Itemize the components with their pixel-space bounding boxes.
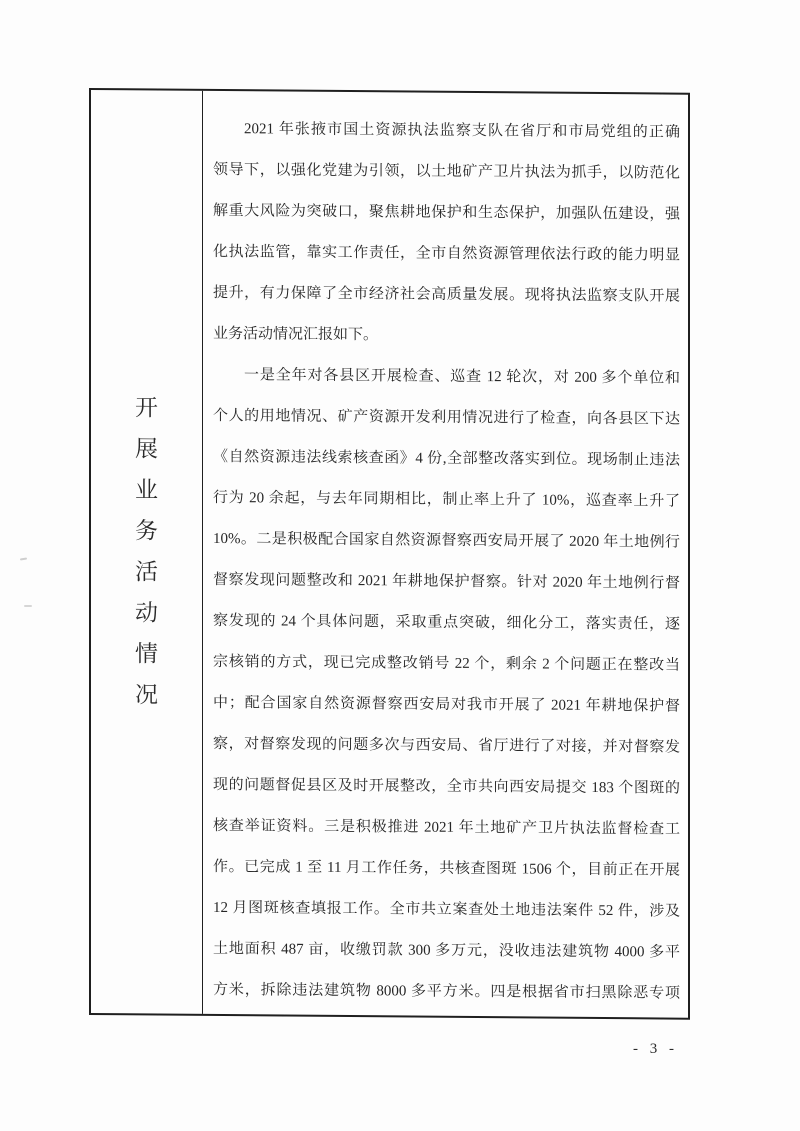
report-table: 开展业务活动情况 2021 年张掖市国土资源执法监察支队在省厅和市局党组的正确领… xyxy=(89,88,690,1020)
text-line: 一是全年对各县区开展检查、巡查 12 轮次，对 200 多个单位和 xyxy=(213,355,680,400)
text-line: 土地面积 487 亩，收缴罚款 300 多万元，没收违法建筑物 4000 多平 xyxy=(213,929,680,974)
scan-artifact xyxy=(20,558,27,561)
row-label-char: 况 xyxy=(135,683,158,707)
text-line: 12 月图斑核查填报工作。全市共立案查处土地违法案件 52 件，涉及 xyxy=(213,888,680,933)
row-label-char: 动 xyxy=(135,601,158,625)
text-line: 督察发现问题整改和 2021 年耕地保护督察。针对 2020 年土地例行督 xyxy=(213,560,680,605)
report-content-cell: 2021 年张掖市国土资源执法监察支队在省厅和市局党组的正确领导下，以强化党建为… xyxy=(203,91,688,1018)
text-line: 方米，拆除违法建筑物 8000 多平方米。四是根据省市扫黑除恶专项 xyxy=(213,970,680,1015)
row-label: 开展业务活动情况 xyxy=(135,396,158,707)
text-line: 现的问题督促县区及时开展整改，全市共向西安局提交 183 个图斑的 xyxy=(213,765,680,810)
row-label-char: 活 xyxy=(135,560,158,584)
page-number: - 3 - xyxy=(633,1041,678,1058)
text-line: 察，对督察发现的问题多次与西安局、省厅进行了对接，并对督察发 xyxy=(213,724,680,769)
text-line: 10%。二是积极配合国家自然资源督察西安局开展了 2020 年土地例行 xyxy=(213,519,680,564)
text-line: 2021 年张掖市国土资源执法监察支队在省厅和市局党组的正确 xyxy=(213,109,680,154)
text-line: 中；配合国家自然资源督察西安局对我市开展了 2021 年耕地保护督 xyxy=(213,683,680,728)
row-label-char: 务 xyxy=(135,519,158,543)
text-line: 《自然资源违法线索核查函》4 份,全部整改落实到位。现场制止违法 xyxy=(213,437,680,482)
text-line: 领导下，以强化党建为引领，以土地矿产卫片执法为抓手，以防范化 xyxy=(213,150,680,195)
row-label-char: 业 xyxy=(135,478,158,502)
text-line: 作。已完成 1 至 11 月工作任务，共核查图斑 1506 个，目前正在开展 xyxy=(213,847,680,892)
row-label-char: 情 xyxy=(135,642,158,666)
text-line: 核查举证资料。三是积极推进 2021 年土地矿产卫片执法监督检查工 xyxy=(213,806,680,851)
text-line: 提升，有力保障了全市经济社会高质量发展。现将执法监察支队开展 xyxy=(213,273,680,318)
text-line: 察发现的 24 个具体问题，采取重点突破，细化分工，落实责任，逐 xyxy=(213,601,680,646)
text-line: 化执法监管，靠实工作责任，全市自然资源管理依法行政的能力明显 xyxy=(213,232,680,277)
text-line: 个人的用地情况、矿产资源开发利用情况进行了检查，向各县区下达 xyxy=(213,396,680,441)
text-line: 行为 20 余起，与去年同期相比，制止率上升了 10%，巡查率上升了 xyxy=(213,478,680,523)
document-page: 开展业务活动情况 2021 年张掖市国土资源执法监察支队在省厅和市局党组的正确领… xyxy=(0,0,800,1131)
text-line: 业务活动情况汇报如下。 xyxy=(213,314,680,359)
row-label-char: 展 xyxy=(135,437,158,461)
text-line: 解重大风险为突破口，聚焦耕地保护和生态保护，加强队伍建设，强 xyxy=(213,191,680,236)
text-line: 宗核销的方式，现已完成整改销号 22 个，剩余 2 个问题正在整改当 xyxy=(213,642,680,687)
row-label-cell: 开展业务活动情况 xyxy=(91,90,203,1014)
row-label-char: 开 xyxy=(135,396,158,420)
scan-artifact xyxy=(24,605,32,607)
